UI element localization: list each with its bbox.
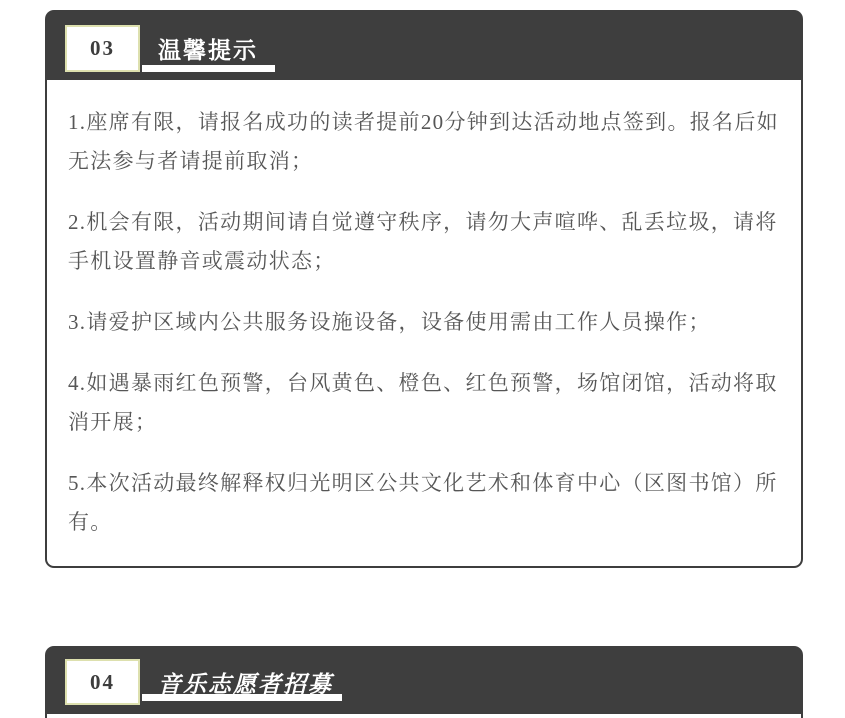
- volunteer-title-underline: [142, 694, 342, 701]
- volunteer-body: [45, 714, 803, 718]
- tips-body: 1.座席有限，请报名成功的读者提前20分钟到达活动地点签到。报名后如 无法参与者…: [45, 80, 803, 568]
- volunteer-number-box: 04: [65, 659, 140, 705]
- tip-item: 4.如遇暴雨红色预警，台风黄色、橙色、红色预警，场馆闭馆，活动将取 消开展；: [68, 364, 785, 442]
- section-gap: [45, 568, 803, 646]
- tips-number-box: 03: [65, 25, 140, 72]
- volunteer-section-number: 04: [67, 661, 138, 703]
- section-volunteer: 04 音乐志愿者招募: [45, 646, 803, 718]
- tip-item: 3.请爱护区域内公共服务设施设备，设备使用需由工作人员操作；: [68, 303, 785, 342]
- tips-header-bar: 03 温馨提示: [45, 10, 803, 80]
- tips-section-number: 03: [67, 27, 138, 70]
- content-column: 03 温馨提示 1.座席有限，请报名成功的读者提前20分钟到达活动地点签到。报名…: [45, 10, 803, 718]
- volunteer-header-bar: 04 音乐志愿者招募: [45, 646, 803, 714]
- section-tips: 03 温馨提示 1.座席有限，请报名成功的读者提前20分钟到达活动地点签到。报名…: [45, 10, 803, 568]
- tips-title-underline: [142, 65, 275, 72]
- tip-item: 2.机会有限，活动期间请自觉遵守秩序，请勿大声喧哗、乱丢垃圾，请将 手机设置静音…: [68, 203, 785, 281]
- tips-section-title: 温馨提示: [158, 36, 258, 64]
- article-page: 03 温馨提示 1.座席有限，请报名成功的读者提前20分钟到达活动地点签到。报名…: [0, 0, 845, 718]
- tip-item: 1.座席有限，请报名成功的读者提前20分钟到达活动地点签到。报名后如 无法参与者…: [68, 103, 785, 181]
- tip-item: 5.本次活动最终解释权归光明区公共文化艺术和体育中心（区图书馆）所 有。: [68, 464, 785, 542]
